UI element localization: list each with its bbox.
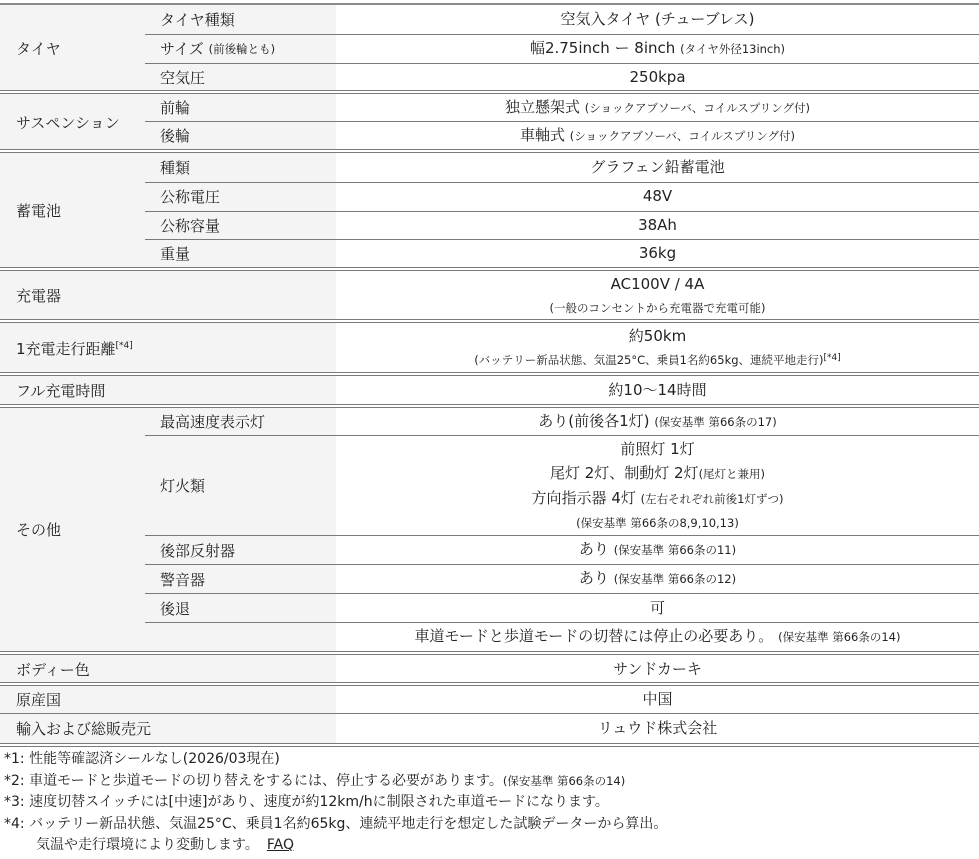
row-value-distributor: リュウド株式会社 — [336, 714, 979, 743]
category-charger: 充電器 — [16, 271, 61, 320]
row-label-tire-type: タイヤ種類 — [160, 5, 235, 34]
row-label-horn: 警音器 — [160, 565, 205, 593]
row-value-charge-time: 約10〜14時間 — [336, 376, 979, 405]
row-value-reverse: 可 — [336, 594, 979, 622]
row-value-voltage: 48V — [336, 182, 979, 211]
category-suspension: サスペンション — [16, 94, 120, 150]
row-value-speed-indicator: あり(前後各1灯) (保安基準 第66条の17) — [336, 408, 979, 435]
row-value-capacity: 38Ah — [336, 211, 979, 239]
row-label-speed-indicator: 最高速度表示灯 — [160, 408, 265, 435]
row-value-battery-type: グラフェン鉛蓄電池 — [336, 153, 979, 182]
row-label-front-suspension: 前輪 — [160, 94, 190, 121]
row-value-tire-size: 幅2.75inch ー 8inch (タイヤ外径13inch) — [336, 34, 979, 63]
footnote-3: *3: 速度切替スイッチには[中速]があり、速度が約12km/hに制限された車道… — [4, 792, 667, 814]
row-value-body-color: サンドカーキ — [336, 655, 979, 683]
category-origin: 原産国 — [16, 686, 61, 713]
row-value-lights: 前照灯 1灯 尾灯 2灯、制動灯 2灯(尾灯と兼用) 方向指示器 4灯 (左右そ… — [336, 436, 979, 535]
row-label-battery-type: 種類 — [160, 153, 190, 182]
category-battery: 蓄電池 — [16, 153, 61, 268]
faq-link[interactable]: FAQ — [267, 837, 294, 853]
row-value-rear-reflector: あり (保安基準 第66条の11) — [336, 536, 979, 564]
table-bottom-border — [0, 743, 979, 747]
category-distributor: 輸入および総販売元 — [16, 714, 151, 743]
row-label-voltage: 公称電圧 — [160, 182, 220, 211]
row-value-mode-switch: 車道モードと歩道モードの切替には停止の必要あり。 (保安基準 第66条の14) — [336, 623, 979, 651]
row-value-tire-type: 空気入タイヤ (チューブレス) — [336, 5, 979, 34]
footnote-4-continuation: 気温や走行環境により変動します。FAQ — [4, 835, 667, 857]
row-value-charger: AC100V / 4A (一般のコンセントから充電器で充電可能) — [336, 271, 979, 320]
row-label-reverse: 後退 — [160, 594, 190, 622]
row-value-tire-pressure: 250kpa — [336, 63, 979, 91]
row-value-origin: 中国 — [336, 686, 979, 713]
row-value-range: 約50km (バッテリー新品状態、気温25°C、乗員1名約65kg、連続平地走行… — [336, 323, 979, 373]
row-value-battery-weight: 36kg — [336, 239, 979, 267]
category-charge-time: フル充電時間 — [16, 376, 105, 405]
row-label-lights: 灯火類 — [160, 436, 205, 535]
row-label-battery-weight: 重量 — [160, 239, 190, 267]
row-value-front-suspension: 独立懸架式 (ショックアブソーバ、コイルスプリング付) — [336, 94, 979, 121]
row-value-rear-suspension: 車軸式 (ショックアブソーバ、コイルスプリング付) — [336, 121, 979, 150]
row-label-tire-pressure: 空気圧 — [160, 63, 205, 91]
row-label-tire-size: サイズ (前後輪とも) — [160, 34, 275, 63]
footnotes: *1: 性能等確認済シールなし(2026/03現在) *2: 車道モードと歩道モ… — [4, 749, 667, 857]
row-label-capacity: 公称容量 — [160, 211, 220, 239]
category-body-color: ボディー色 — [16, 655, 90, 683]
footnote-1: *1: 性能等確認済シールなし(2026/03現在) — [4, 749, 667, 771]
row-value-horn: あり (保安基準 第66条の12) — [336, 565, 979, 593]
category-other: その他 — [16, 408, 61, 651]
footnote-2: *2: 車道モードと歩道モードの切り替えをするには、停止する必要があります。(保… — [4, 771, 667, 793]
category-tire: タイヤ — [16, 5, 61, 91]
footnote-4: *4: バッテリー新品状態、気温25°C、乗員1名約65kg、連続平地走行を想定… — [4, 814, 667, 836]
row-label-rear-suspension: 後輪 — [160, 121, 190, 150]
row-label-rear-reflector: 後部反射器 — [160, 536, 235, 564]
category-range: 1充電走行距離[*4] — [16, 323, 133, 373]
